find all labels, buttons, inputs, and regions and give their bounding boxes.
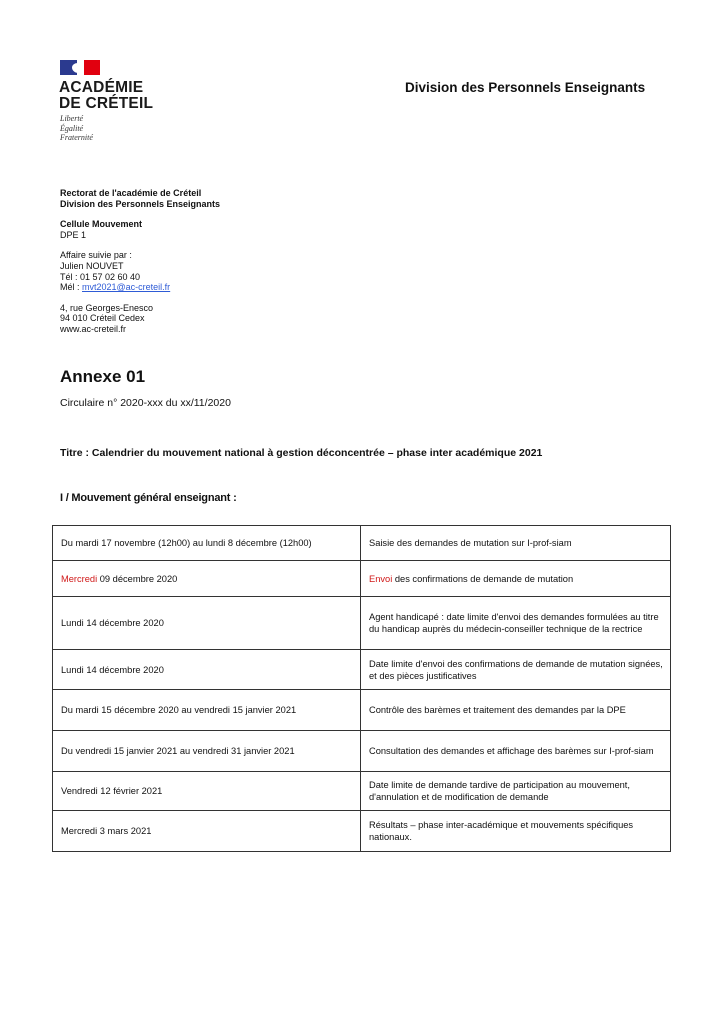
republic-motto: Liberté Égalité Fraternité <box>60 114 93 143</box>
date-highlight: Mercredi <box>61 574 97 584</box>
description-text: Agent handicapé : date limite d'envoi de… <box>369 612 659 634</box>
motto-egalite: Égalité <box>60 124 93 134</box>
description-cell: Date limite d'envoi des confirmations de… <box>361 650 671 690</box>
sender-cell: Cellule Mouvement <box>60 219 220 230</box>
description-cell: Résultats – phase inter-académique et mo… <box>361 811 671 852</box>
description-text: Contrôle des barèmes et traitement des d… <box>369 705 626 715</box>
description-text: Résultats – phase inter-académique et mo… <box>369 820 633 842</box>
date-cell: Du vendredi 15 janvier 2021 au vendredi … <box>53 731 361 772</box>
description-cell: Envoi des confirmations de demande de mu… <box>361 561 671 597</box>
date-text: Du mardi 17 novembre (12h00) au lundi 8 … <box>61 538 312 548</box>
description-cell: Contrôle des barèmes et traitement des d… <box>361 690 671 731</box>
date-cell: Du mardi 17 novembre (12h00) au lundi 8 … <box>53 526 361 561</box>
description-cell: Date limite de demande tardive de partic… <box>361 772 671 811</box>
sender-org-line1: Rectorat de l'académie de Créteil <box>60 188 220 199</box>
description-text: Saisie des demandes de mutation sur I-pr… <box>369 538 572 548</box>
marianne-flag-icon <box>60 60 100 75</box>
email-link[interactable]: mvt2021@ac-creteil.fr <box>82 282 170 292</box>
contact-phone: Tél : 01 57 02 60 40 <box>60 272 220 283</box>
email-label: Mél : <box>60 282 82 292</box>
date-cell: Mercredi 09 décembre 2020 <box>53 561 361 597</box>
table-row: Vendredi 12 février 2021Date limite de d… <box>53 772 671 811</box>
date-cell: Vendredi 12 février 2021 <box>53 772 361 811</box>
date-text: Du mardi 15 décembre 2020 au vendredi 15… <box>61 705 296 715</box>
sender-org-line2: Division des Personnels Enseignants <box>60 199 220 210</box>
table-row: Lundi 14 décembre 2020Agent handicapé : … <box>53 597 671 650</box>
date-cell: Lundi 14 décembre 2020 <box>53 597 361 650</box>
table-row: Du mardi 17 novembre (12h00) au lundi 8 … <box>53 526 671 561</box>
logo-name-line2: DE CRÉTEIL <box>59 96 153 112</box>
table-row: Mercredi 3 mars 2021Résultats – phase in… <box>53 811 671 852</box>
table-row: Mercredi 09 décembre 2020Envoi des confi… <box>53 561 671 597</box>
website: www.ac-creteil.fr <box>60 324 220 335</box>
description-highlight: Envoi <box>369 574 392 584</box>
table-row: Du mardi 15 décembre 2020 au vendredi 15… <box>53 690 671 731</box>
contact-email-line: Mél : mvt2021@ac-creteil.fr <box>60 282 220 293</box>
description-cell: Consultation des demandes et affichage d… <box>361 731 671 772</box>
sender-block: Rectorat de l'académie de Créteil Divisi… <box>60 188 220 335</box>
table-row: Lundi 14 décembre 2020Date limite d'envo… <box>53 650 671 690</box>
description-cell: Agent handicapé : date limite d'envoi de… <box>361 597 671 650</box>
date-text: 09 décembre 2020 <box>97 574 177 584</box>
description-text: Date limite de demande tardive de partic… <box>369 780 630 802</box>
description-text: Consultation des demandes et affichage d… <box>369 746 654 756</box>
division-header: Division des Personnels Enseignants <box>405 80 645 95</box>
annexe-title: Annexe 01 <box>60 367 145 387</box>
document-title: Titre : Calendrier du mouvement national… <box>60 447 542 459</box>
date-text: Vendredi 12 février 2021 <box>61 786 162 796</box>
date-cell: Lundi 14 décembre 2020 <box>53 650 361 690</box>
description-text: Date limite d'envoi des confirmations de… <box>369 659 663 681</box>
academy-logo-name: ACADÉMIE DE CRÉTEIL <box>59 80 153 112</box>
followed-by-label: Affaire suivie par : <box>60 250 220 261</box>
motto-fraternite: Fraternité <box>60 133 93 143</box>
circulaire-reference: Circulaire n° 2020-xxx du xx/11/2020 <box>60 397 231 409</box>
date-text: Du vendredi 15 janvier 2021 au vendredi … <box>61 746 295 756</box>
motto-liberte: Liberté <box>60 114 93 124</box>
table-row: Du vendredi 15 janvier 2021 au vendredi … <box>53 731 671 772</box>
address-line2: 94 010 Créteil Cedex <box>60 313 220 324</box>
description-cell: Saisie des demandes de mutation sur I-pr… <box>361 526 671 561</box>
description-text: des confirmations de demande de mutation <box>392 574 573 584</box>
date-text: Lundi 14 décembre 2020 <box>61 665 164 675</box>
date-cell: Mercredi 3 mars 2021 <box>53 811 361 852</box>
calendar-table: Du mardi 17 novembre (12h00) au lundi 8 … <box>52 525 671 852</box>
section-title: I / Mouvement général enseignant : <box>60 492 237 504</box>
date-cell: Du mardi 15 décembre 2020 au vendredi 15… <box>53 690 361 731</box>
sender-unit: DPE 1 <box>60 230 220 241</box>
logo-name-line1: ACADÉMIE <box>59 80 153 96</box>
date-text: Mercredi 3 mars 2021 <box>61 826 151 836</box>
date-text: Lundi 14 décembre 2020 <box>61 618 164 628</box>
contact-name: Julien NOUVET <box>60 261 220 272</box>
address-line1: 4, rue Georges-Enesco <box>60 303 220 314</box>
